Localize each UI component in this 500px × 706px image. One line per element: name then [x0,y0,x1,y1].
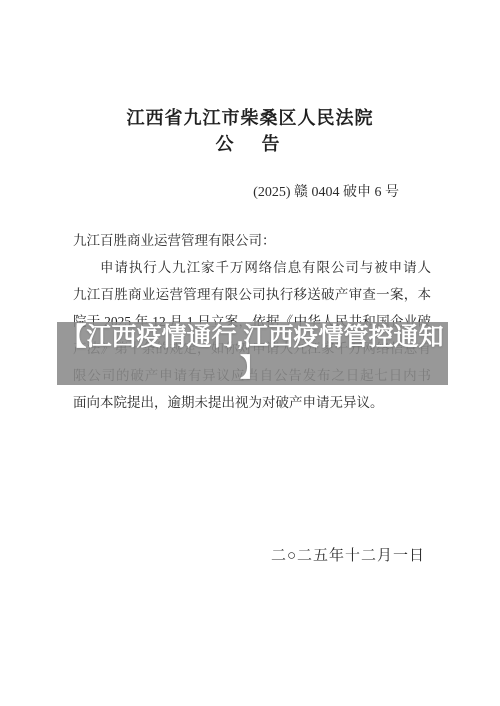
notice-title: 公 告 [0,130,500,156]
body-line: 九江百胜商业运营管理有限公司执行移送破产审查一案，本 [73,281,431,308]
watermark-banner-text: 【江西疫情通行,江西疫情管控通知】 [57,322,448,384]
case-number: (2025) 赣 0404 破申 6 号 [0,181,500,201]
watermark-banner: 【江西疫情通行,江西疫情管控通知】 [57,322,448,385]
scanned-notice-page: 江西省九江市柴桑区人民法院 公 告 (2025) 赣 0404 破申 6 号 九… [0,0,500,706]
body-line: 申请执行人九江家千万网络信息有限公司与被申请人 [73,254,431,281]
addressee-line: 九江百胜商业运营管理有限公司： [73,227,431,254]
body-line: 面向本院提出，逾期未提出视为对破产申请无异议。 [73,389,431,416]
notice-date: 二○二五年十二月一日 [73,544,425,565]
court-name: 江西省九江市柴桑区人民法院 [0,104,500,130]
